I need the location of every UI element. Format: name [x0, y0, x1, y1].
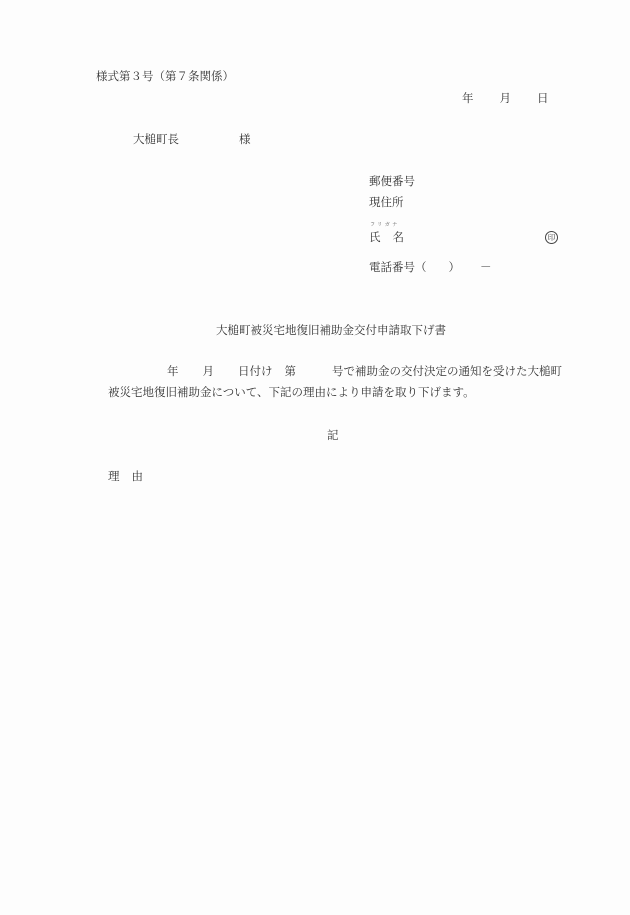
date-month-label: 月: [500, 93, 512, 105]
body-year: 年: [167, 364, 179, 378]
addressee: 大槌町長 様: [133, 134, 179, 146]
date-day-label: 日: [537, 93, 549, 105]
ki-heading: 記: [327, 430, 339, 442]
postal-code-label: 郵便番号: [369, 174, 415, 188]
name-furigana: フリガナ: [370, 223, 400, 228]
phone-open-paren: （: [415, 260, 427, 274]
name-label-1: 氏: [369, 230, 381, 244]
body-month: 月: [203, 364, 215, 378]
seal-icon: 印: [545, 231, 558, 244]
address-field: 現住所: [369, 197, 404, 209]
reason-label: 理由: [108, 471, 143, 483]
body-number-prefix: 第: [285, 364, 297, 378]
addressee-honorific: 様: [239, 134, 251, 146]
phone-label: 電話番号: [369, 260, 415, 274]
body-paragraph-line-1: 年月日付け第号で補助金の交付決定の通知を受けた大槌町: [167, 366, 562, 378]
document-title: 大槌町被災宅地復旧補助金交付申請取下げ書: [216, 325, 446, 337]
body-rest: 号で補助金の交付決定の通知を受けた大槌町: [332, 364, 562, 378]
name-field: フリガナ 氏名 印: [369, 232, 404, 244]
reason-label-2: 由: [132, 469, 144, 483]
reason-label-1: 理: [108, 469, 120, 483]
address-label: 現住所: [369, 195, 404, 209]
form-number: 様式第３号（第７条関係）: [96, 71, 234, 83]
postal-code-field: 郵便番号: [369, 176, 415, 188]
name-label-2: 名: [393, 230, 405, 244]
date-line: 年月日: [462, 93, 549, 105]
body-paragraph-line-2: 被災宅地復旧補助金について、下記の理由により申請を取り下げます。: [108, 387, 475, 399]
body-dated: 日付け: [238, 364, 273, 378]
addressee-name: 大槌町長: [133, 132, 179, 146]
phone-dash: －: [480, 260, 492, 274]
date-year-label: 年: [462, 93, 474, 105]
phone-close-paren: ）: [449, 260, 461, 274]
phone-field: 電話番号（）－: [369, 262, 492, 274]
